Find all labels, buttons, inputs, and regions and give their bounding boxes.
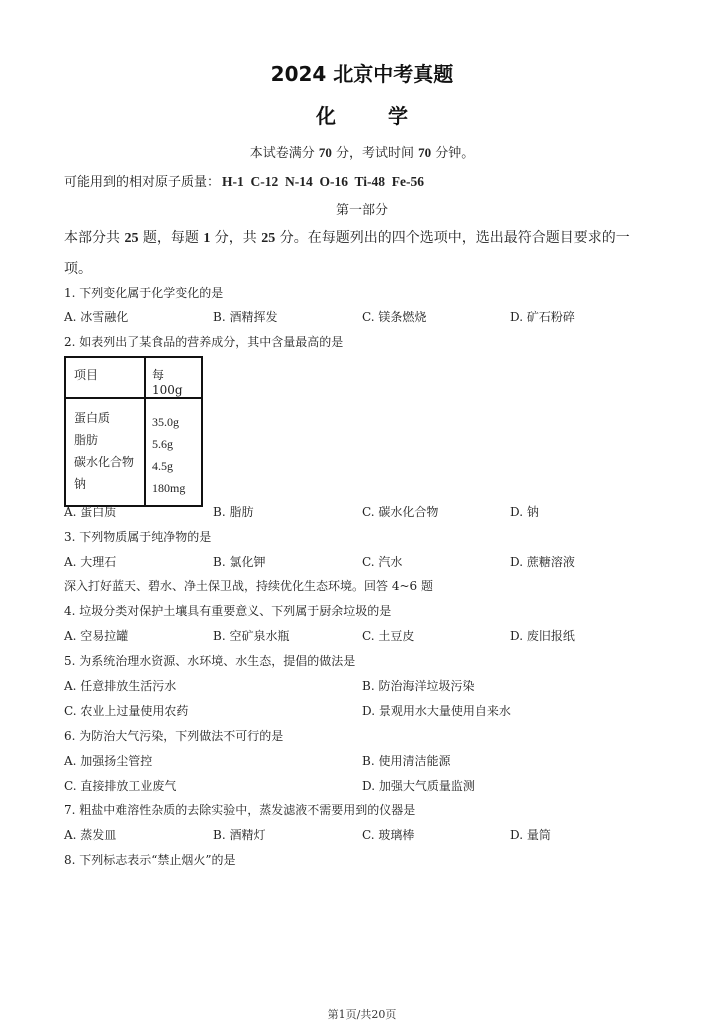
question-1-option-a[interactable]: A. 冰雪融化 bbox=[64, 308, 128, 325]
table-item: 碳水化合物 bbox=[74, 451, 136, 473]
section-title: 第一部分 bbox=[0, 199, 724, 218]
question-6-option-b[interactable]: B. 使用清洁能源 bbox=[362, 752, 450, 769]
table-items-cell: 蛋白质 脂肪 碳水化合物 钠 bbox=[65, 398, 145, 506]
question-7-option-a[interactable]: A. 蒸发皿 bbox=[64, 826, 116, 843]
table-header-per-100g: 每 100g bbox=[145, 357, 202, 398]
subject-char-2: 学 bbox=[388, 100, 408, 129]
question-8-stem: 8. 下列标志表示“禁止烟火”的是 bbox=[64, 851, 236, 868]
question-count: 25 bbox=[124, 231, 138, 246]
intro-text: 分。在每题列出的四个选项中，选出最符合题目要求的一 bbox=[275, 230, 629, 246]
question-3-option-a[interactable]: A. 大理石 bbox=[64, 553, 116, 570]
question-1-option-d[interactable]: D. 矿石粉碎 bbox=[510, 308, 575, 325]
question-5-option-d[interactable]: D. 景观用水大量使用自来水 bbox=[362, 702, 511, 719]
intro-text: 分，共 bbox=[210, 230, 261, 246]
table-item: 钠 bbox=[74, 473, 136, 495]
table-values-cell: 35.0g 5.6g 4.5g 180mg bbox=[145, 398, 202, 506]
table-header-item: 项目 bbox=[65, 357, 145, 398]
question-1-option-c[interactable]: C. 镁条燃烧 bbox=[362, 308, 426, 325]
subject-title: 化学 bbox=[0, 100, 724, 129]
question-2-option-a[interactable]: A. 蛋白质 bbox=[64, 503, 116, 520]
question-7-option-c[interactable]: C. 玻璃棒 bbox=[362, 826, 414, 843]
intro-text: 本部分共 bbox=[64, 230, 124, 246]
atomic-masses: 可能用到的相对原子质量：H-1 C-12 N-14 O-16 Ti-48 Fe-… bbox=[64, 171, 424, 190]
question-4-option-d[interactable]: D. 废旧报纸 bbox=[510, 627, 575, 644]
question-5-option-c[interactable]: C. 农业上过量使用农药 bbox=[64, 702, 188, 719]
intro-text: 题，每题 bbox=[138, 230, 203, 246]
table-item: 脂肪 bbox=[74, 429, 136, 451]
exam-info-text: 分钟。 bbox=[431, 146, 474, 161]
question-5-stem: 5. 为系统治理水资源、水环境、水生态，提倡的做法是 bbox=[64, 652, 355, 669]
question-7-stem: 7. 粗盐中难溶性杂质的去除实验中，蒸发滤液不需要用到的仪器是 bbox=[64, 801, 415, 818]
question-3-option-b[interactable]: B. 氯化钾 bbox=[213, 553, 265, 570]
total-points: 25 bbox=[261, 231, 275, 246]
document-title: 2024 北京中考真题 bbox=[0, 58, 724, 87]
table-value: 4.5g bbox=[152, 455, 193, 477]
table-value: 180mg bbox=[152, 477, 193, 499]
question-3-stem: 3. 下列物质属于纯净物的是 bbox=[64, 528, 211, 545]
question-6-option-a[interactable]: A. 加强扬尘管控 bbox=[64, 752, 152, 769]
question-6-stem: 6. 为防治大气污染，下列做法不可行的是 bbox=[64, 727, 283, 744]
table-header-row: 项目 每 100g bbox=[65, 357, 202, 398]
question-4-option-a[interactable]: A. 空易拉罐 bbox=[64, 627, 128, 644]
question-1-stem: 1. 下列变化属于化学变化的是 bbox=[64, 284, 223, 301]
question-2-option-b[interactable]: B. 脂肪 bbox=[213, 503, 253, 520]
question-2-option-c[interactable]: C. 碳水化合物 bbox=[362, 503, 438, 520]
atomic-masses-values: H-1 C-12 N-14 O-16 Ti-48 Fe-56 bbox=[222, 174, 424, 189]
question-2-option-d[interactable]: D. 钠 bbox=[510, 503, 539, 520]
table-value: 35.0g bbox=[152, 411, 193, 433]
section-intro: 本部分共 25 题，每题 1 分，共 25 分。在每题列出的四个选项中，选出最符… bbox=[64, 227, 630, 247]
subject-char-1: 化 bbox=[316, 100, 336, 129]
section-intro-line2: 项。 bbox=[64, 258, 92, 278]
question-7-option-d[interactable]: D. 量筒 bbox=[510, 826, 551, 843]
question-5-option-b[interactable]: B. 防治海洋垃圾污染 bbox=[362, 677, 474, 694]
table-row: 蛋白质 脂肪 碳水化合物 钠 35.0g 5.6g 4.5g 180mg bbox=[65, 398, 202, 506]
table-value: 5.6g bbox=[152, 433, 193, 455]
passage-text: 深入打好蓝天、碧水、净土保卫战，持续优化生态环境。回答 4~6 题 bbox=[64, 577, 433, 594]
atomic-masses-label: 可能用到的相对原子质量： bbox=[64, 175, 220, 190]
table-item: 蛋白质 bbox=[74, 407, 136, 429]
question-1-option-b[interactable]: B. 酒精挥发 bbox=[213, 308, 277, 325]
question-3-option-d[interactable]: D. 蔗糖溶液 bbox=[510, 553, 575, 570]
question-6-option-c[interactable]: C. 直接排放工业废气 bbox=[64, 777, 176, 794]
question-6-option-d[interactable]: D. 加强大气质量监测 bbox=[362, 777, 475, 794]
question-3-option-c[interactable]: C. 汽水 bbox=[362, 553, 402, 570]
question-4-option-c[interactable]: C. 土豆皮 bbox=[362, 627, 414, 644]
question-7-option-b[interactable]: B. 酒精灯 bbox=[213, 826, 265, 843]
question-2-stem: 2. 如表列出了某食品的营养成分，其中含量最高的是 bbox=[64, 333, 343, 350]
exam-info: 本试卷满分 70 分，考试时间 70 分钟。 bbox=[0, 142, 724, 161]
question-5-option-a[interactable]: A. 任意排放生活污水 bbox=[64, 677, 176, 694]
nutrition-table: 项目 每 100g 蛋白质 脂肪 碳水化合物 钠 35.0g 5.6g 4.5g… bbox=[64, 356, 203, 507]
exam-info-text: 本试卷满分 bbox=[250, 146, 319, 161]
question-4-option-b[interactable]: B. 空矿泉水瓶 bbox=[213, 627, 289, 644]
exam-duration: 70 bbox=[418, 145, 431, 160]
total-score: 70 bbox=[319, 145, 332, 160]
exam-info-text: 分，考试时间 bbox=[332, 146, 418, 161]
page-number: 第1页/共20页 bbox=[0, 1006, 724, 1022]
question-4-stem: 4. 垃圾分类对保护土壤具有重要意义、下列属于厨余垃圾的是 bbox=[64, 602, 391, 619]
